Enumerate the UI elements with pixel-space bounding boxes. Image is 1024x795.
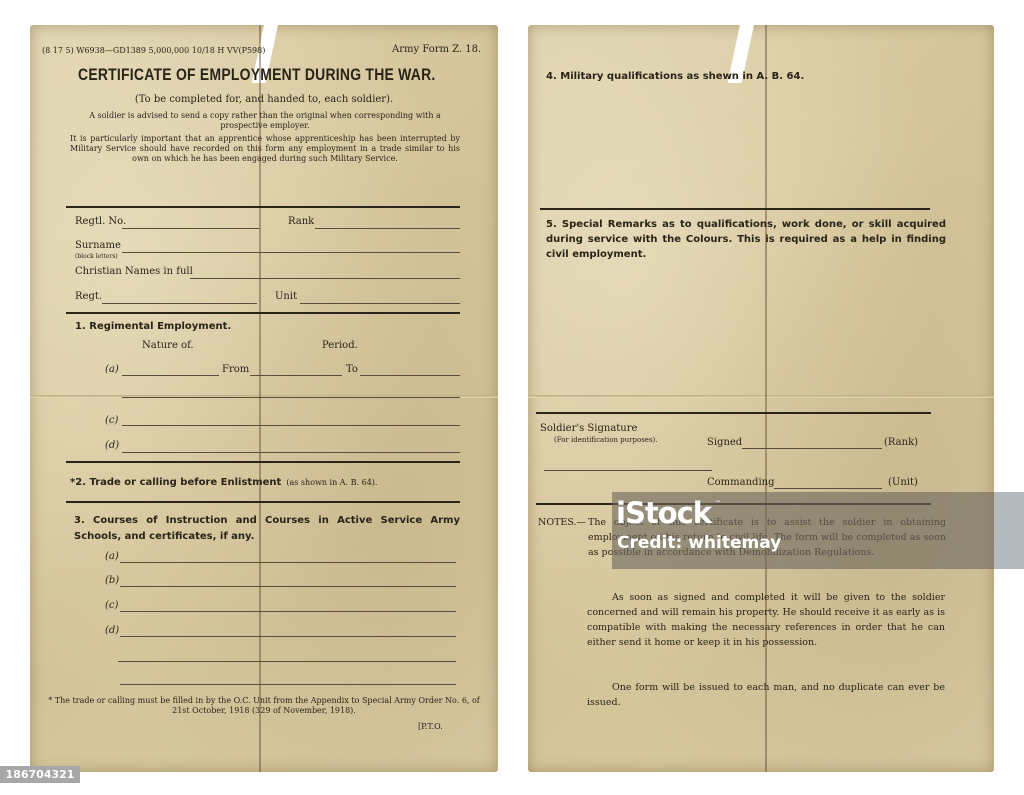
certificate-back-page: 4. Military qualifications as shewn in A… <box>528 25 994 772</box>
surname-hint: (block letters) <box>75 253 118 260</box>
section-2-field[interactable] <box>66 501 460 503</box>
section-2-ref: (as shown in A. B. 64). <box>286 478 377 487</box>
advice-text: A soldier is advised to send a copy rath… <box>70 111 460 131</box>
divider <box>536 412 931 414</box>
section-2: *2. Trade or calling before Enlistment (… <box>70 470 377 489</box>
course-extra-field-2[interactable] <box>120 684 456 685</box>
divider <box>66 206 460 208</box>
regtl-no-field[interactable] <box>122 228 259 229</box>
section-5-heading: 5. Special Remarks as to qualifications,… <box>546 217 946 262</box>
notes-label: NOTES.— <box>538 515 588 530</box>
course-d-field[interactable] <box>120 636 456 637</box>
section-3-heading: 3. Courses of Instruction and Courses in… <box>74 513 460 545</box>
soldier-signature-label: Soldier's Signature <box>540 423 637 434</box>
commanding-field[interactable] <box>774 488 882 489</box>
section-4-heading: 4. Military qualifications as shewn in A… <box>546 71 804 82</box>
regt-field[interactable] <box>102 303 257 304</box>
section-2-heading: *2. Trade or calling before Enlistment <box>70 477 281 488</box>
christian-names-field[interactable] <box>190 278 460 279</box>
course-c-field[interactable] <box>120 611 456 612</box>
pto-label: [P.T.O. <box>418 722 443 731</box>
identification-note: (For identification purposes). <box>554 436 658 444</box>
regtl-no-label: Regtl. No. <box>75 216 126 227</box>
course-a-field[interactable] <box>120 562 456 563</box>
section-1-heading: 1. Regimental Employment. <box>75 321 231 332</box>
course-a-label: (a) <box>105 551 119 562</box>
apprentice-note: It is particularly important that an app… <box>70 134 460 164</box>
watermark-credit: Credit: whitemay <box>617 533 781 553</box>
unit-label: Unit <box>275 291 297 302</box>
fold-crease-vertical <box>765 25 767 772</box>
divider <box>66 312 460 314</box>
item-a-from-field[interactable] <box>250 375 342 376</box>
certificate-front-page: (8 17 5) W6938—GD1389 5,000,000 10/18 H … <box>30 25 498 772</box>
item-c-label: (c) <box>105 415 118 426</box>
divider <box>540 208 930 210</box>
rank-field[interactable] <box>315 228 460 229</box>
item-d-label: (d) <box>105 440 119 451</box>
christian-names-label: Christian Names in full <box>75 266 193 277</box>
notes-paragraph-3: One form will be issued to each man, and… <box>587 680 945 710</box>
notes-paragraph-2: As soon as signed and completed it will … <box>587 590 945 650</box>
to-label: To <box>346 364 358 375</box>
soldier-signature-field[interactable] <box>544 470 712 471</box>
signed-label: Signed <box>707 437 742 448</box>
fold-crease <box>528 395 994 398</box>
course-extra-field-1[interactable] <box>118 661 456 662</box>
watermark-edge <box>994 492 1024 569</box>
footnote: * The trade or calling must be filled in… <box>40 696 488 716</box>
form-id: Army Form Z. 18. <box>392 44 481 55</box>
istock-logo: iStock <box>616 496 711 530</box>
item-a-to-field[interactable] <box>360 375 460 376</box>
item-b-field[interactable] <box>122 397 460 398</box>
item-a-label: (a) <box>105 364 119 375</box>
signed-field[interactable] <box>742 448 882 449</box>
course-c-label: (c) <box>105 600 118 611</box>
rank-label: Rank <box>288 216 314 227</box>
unit-field[interactable] <box>300 303 460 304</box>
course-b-field[interactable] <box>120 586 456 587</box>
item-a-nature-field[interactable] <box>122 375 219 376</box>
document-title: CERTIFICATE OF EMPLOYMENT DURING THE WAR… <box>78 65 436 85</box>
course-b-label: (b) <box>105 575 119 586</box>
item-c-field[interactable] <box>122 425 460 426</box>
nature-of-label: Nature of. <box>142 340 194 351</box>
image-id-badge: 186704321 <box>0 766 80 783</box>
regt-label: Regt. <box>75 291 102 302</box>
surname-label: Surname <box>75 240 121 251</box>
item-d-field[interactable] <box>122 452 460 453</box>
unit-label: (Unit) <box>888 477 918 488</box>
rank-label: (Rank) <box>884 437 918 448</box>
document-subtitle: (To be completed for, and handed to, eac… <box>30 94 498 105</box>
course-d-label: (d) <box>105 625 119 636</box>
commanding-label: Commanding <box>707 477 774 488</box>
period-label: Period. <box>322 340 358 351</box>
trademark-icon: ™ <box>715 500 721 507</box>
divider <box>66 461 460 463</box>
print-code: (8 17 5) W6938—GD1389 5,000,000 10/18 H … <box>42 46 265 55</box>
from-label: From <box>222 364 249 375</box>
surname-field[interactable] <box>122 252 460 253</box>
